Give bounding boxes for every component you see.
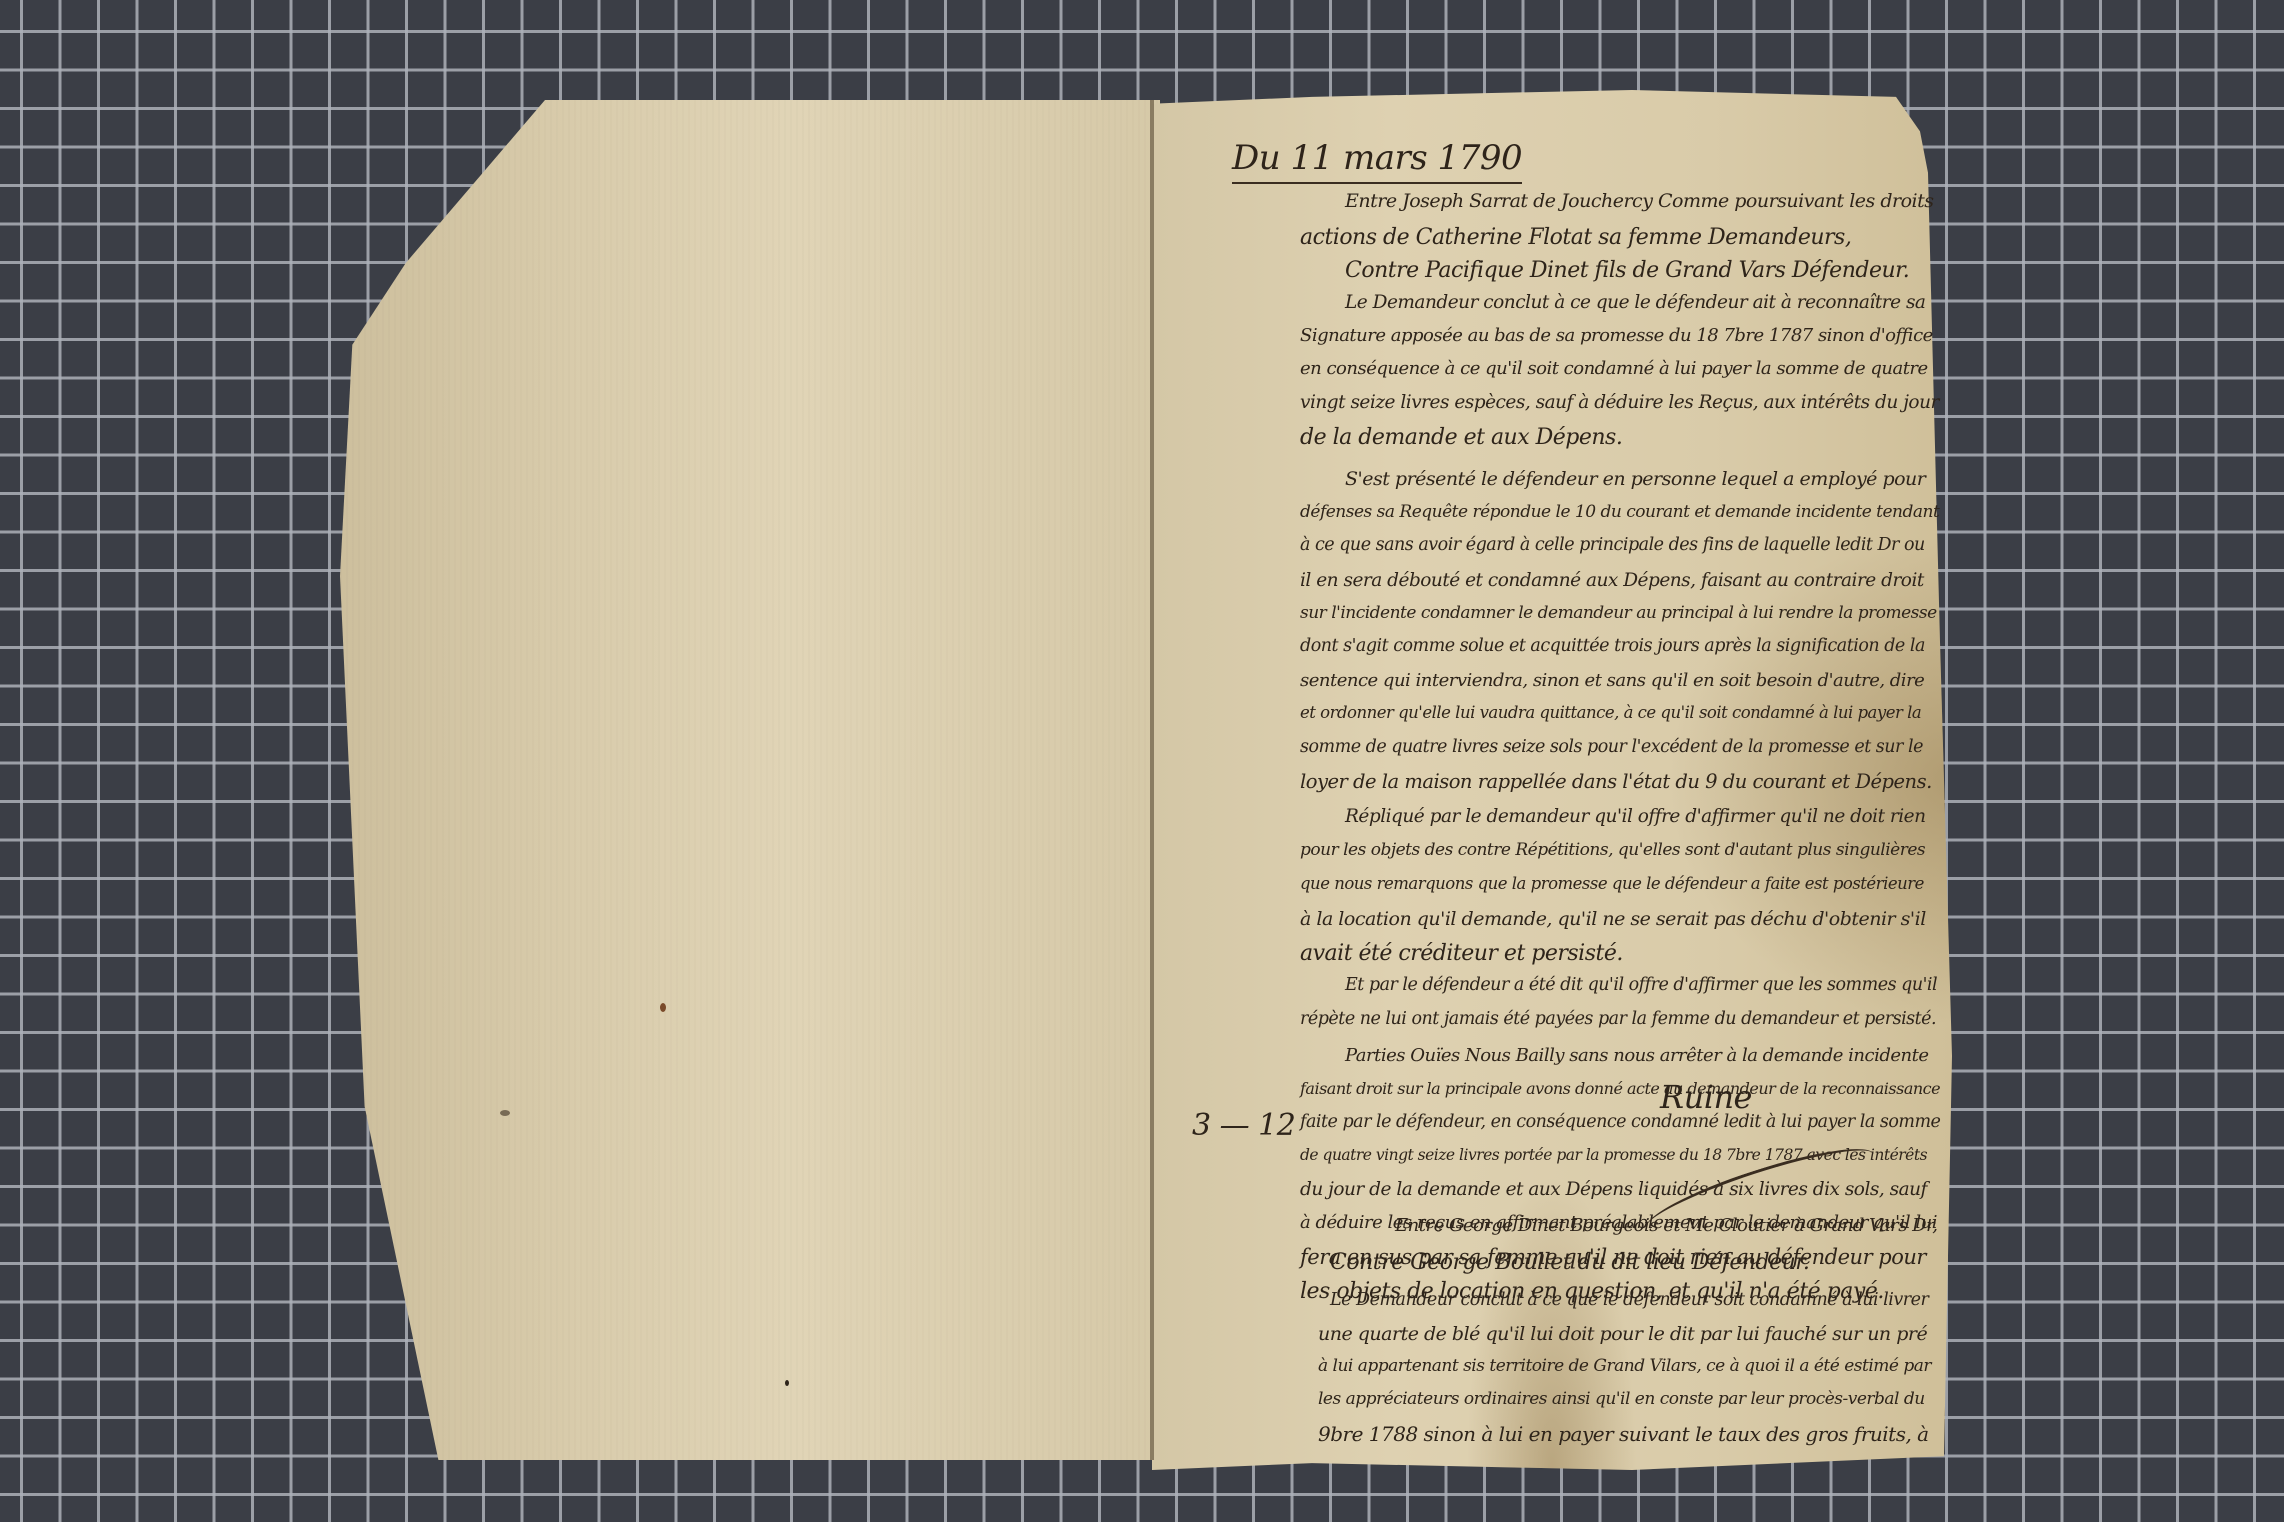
manuscript-line: avait été créditeur et persisté. <box>1300 941 1623 966</box>
manuscript-line: vingt seize livres espèces, sauf à dédui… <box>1300 392 1939 413</box>
left-page-blank <box>340 100 1160 1460</box>
manuscript-line: pour les objets des contre Répétitions, … <box>1300 840 1925 860</box>
manuscript-line: faisant droit sur la principale avons do… <box>1300 1079 1940 1098</box>
book-spine <box>1150 100 1154 1460</box>
manuscript-line: en conséquence à ce qu'il soit condamné … <box>1300 358 1928 379</box>
manuscript-line: il en sera débouté et condamné aux Dépen… <box>1300 570 1924 591</box>
ink-stain <box>660 1003 666 1012</box>
manuscript-line: sentence qui interviendra, sinon et sans… <box>1300 670 1924 691</box>
manuscript-line: Le Demandeur conclut à ce que le défende… <box>1345 292 1925 313</box>
manuscript-line: S'est présenté le défendeur en personne … <box>1345 468 1925 490</box>
ink-spot <box>500 1110 510 1116</box>
manuscript-line: actions de Catherine Flotat sa femme Dem… <box>1300 225 1851 250</box>
manuscript-line: à la location qu'il demande, qu'il ne se… <box>1300 908 1926 930</box>
manuscript-line: et ordonner qu'elle lui vaudra quittance… <box>1300 703 1921 722</box>
manuscript-line: faite par le défendeur, en conséquence c… <box>1300 1112 1940 1132</box>
manuscript-line: Contre George Boullet du dit lieu Défend… <box>1330 1250 1809 1275</box>
manuscript-line: de la demande et aux Dépens. <box>1300 425 1622 450</box>
manuscript-line: à ce que sans avoir égard à celle princi… <box>1300 535 1925 555</box>
ink-spot <box>785 1380 789 1386</box>
manuscript-line: Répliqué par le demandeur qu'il offre d'… <box>1345 806 1926 827</box>
manuscript-line: défenses sa Requête répondue le 10 du co… <box>1300 502 1939 522</box>
manuscript-line: somme de quatre livres seize sols pour l… <box>1300 737 1923 757</box>
manuscript-line: Et par le défendeur a été dit qu'il offr… <box>1345 975 1937 995</box>
manuscript-line: que nous remarquons que la promesse que … <box>1300 874 1924 893</box>
manuscript-line: Entre Joseph Sarrat de Jouchercy Comme p… <box>1345 190 1933 212</box>
manuscript-line: 9bre 1788 sinon à lui en payer suivant l… <box>1318 1422 1929 1446</box>
signature: Ruine <box>1660 1078 1752 1116</box>
manuscript-line: loyer de la maison rappellée dans l'état… <box>1300 770 1932 793</box>
entry-date-heading: Du 11 mars 1790 <box>1232 138 1522 184</box>
manuscript-line: sur l'incidente condamner le demandeur a… <box>1300 603 1937 623</box>
manuscript-line: dont s'agit comme solue et acquittée tro… <box>1300 636 1925 656</box>
manuscript-line: une quarte de blé qu'il lui doit pour le… <box>1318 1323 1927 1345</box>
manuscript-line: Contre Pacifique Dinet fils de Grand Var… <box>1345 258 1909 283</box>
margin-note: 3 — 12 <box>1192 1108 1295 1143</box>
manuscript-line: Signature apposée au bas de sa promesse … <box>1300 325 1933 346</box>
manuscript-line: les appréciateurs ordinaires ainsi qu'il… <box>1318 1389 1925 1409</box>
manuscript-line: à lui appartenant sis territoire de Gran… <box>1318 1356 1931 1376</box>
manuscript-line: répète ne lui ont jamais été payées par … <box>1300 1009 1936 1029</box>
manuscript-line: Parties Ouïes Nous Bailly sans nous arrê… <box>1345 1045 1929 1066</box>
manuscript-line: Le Demandeur conclut à ce que le défende… <box>1330 1290 1928 1310</box>
